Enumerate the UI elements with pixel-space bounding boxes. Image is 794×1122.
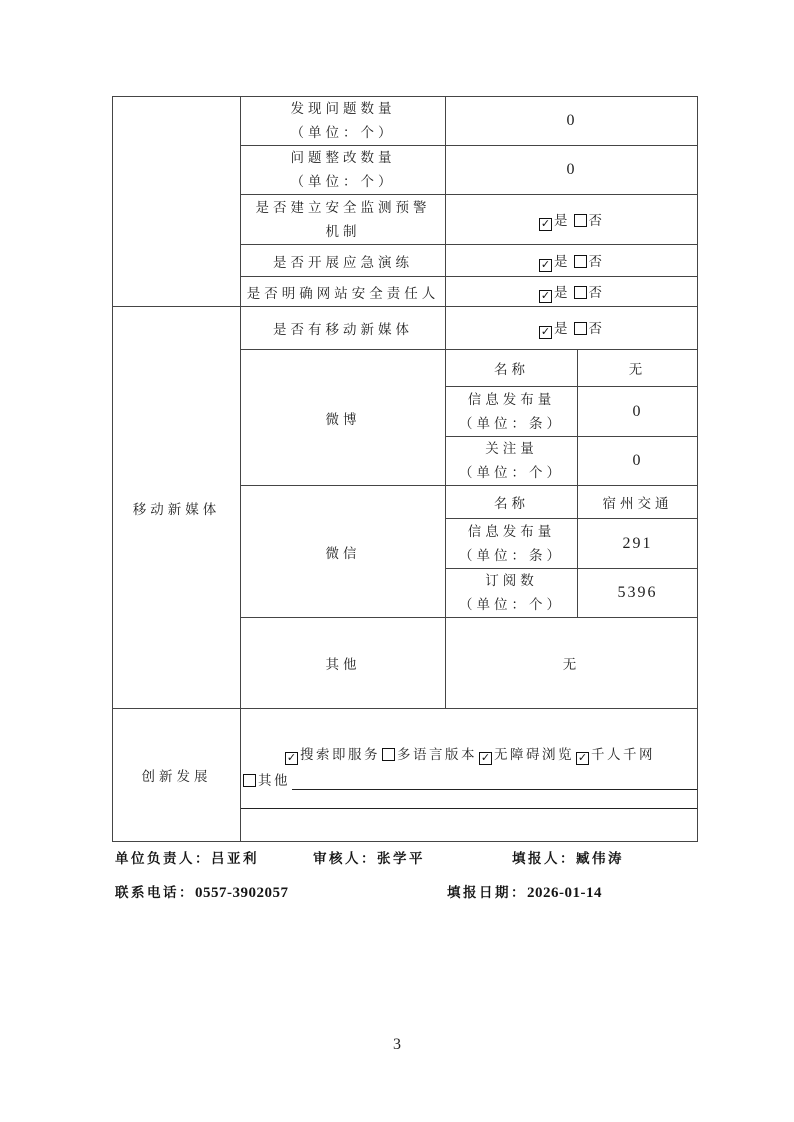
- row-label: 问题整改数量: [241, 146, 445, 170]
- value-number: 0: [633, 403, 643, 420]
- key-label: 名称: [494, 496, 529, 511]
- row-label-unit: （单位：个）: [241, 121, 445, 145]
- yes-no-cell: ✓是否: [446, 277, 698, 307]
- other-label: 其他: [326, 657, 361, 672]
- group-label-cell-weibo: 微博: [241, 350, 446, 486]
- footer-date-label: 填报日期：: [447, 885, 527, 900]
- value-cell: 5396: [578, 569, 698, 618]
- value-number: 5396: [618, 584, 658, 601]
- row-label: 是否有移动新媒体: [273, 322, 413, 337]
- footer-date: 填报日期：2026-01-14: [447, 881, 602, 902]
- section-label-cell-mobile-media: 移动新媒体: [113, 307, 241, 709]
- row-label-cell: 是否开展应急演练: [241, 245, 446, 277]
- weibo-label: 微博: [326, 412, 361, 427]
- no-label: 否: [589, 254, 607, 269]
- key-cell: 信息发布量 （单位：条）: [446, 519, 578, 569]
- table-row: 创新发展 ✓搜索即服务多语言版本✓无障碍浏览✓千人千网 其他: [113, 709, 698, 842]
- footer-date-value: 2026-01-14: [527, 885, 602, 901]
- row-label-cell: 是否有移动新媒体: [241, 307, 446, 350]
- footer-phone: 联系电话：0557-3902057: [115, 881, 289, 902]
- report-table: 发现问题数量 （单位：个） 0 问题整改数量 （单位：个） 0 是否建立安全监测…: [112, 96, 698, 842]
- key-label-unit: （单位：条）: [446, 412, 577, 436]
- footer-auditor-label: 审核人：: [313, 851, 377, 866]
- checkbox-yes-icon: ✓: [539, 290, 552, 303]
- innovation-other-line: 其他: [241, 768, 697, 794]
- option-label: 搜索即服务: [300, 747, 380, 762]
- row-label: 机制: [241, 220, 445, 244]
- checkbox-yes-icon: ✓: [539, 259, 552, 272]
- blank-underline: [292, 772, 697, 790]
- key-label: 信息发布量: [446, 520, 577, 544]
- checkbox-no-icon: [574, 322, 587, 335]
- value-cell: 291: [578, 519, 698, 569]
- value-number: 0: [633, 452, 643, 469]
- checkbox-no-icon: [574, 255, 587, 268]
- value-cell: 0: [446, 97, 698, 146]
- value-number: 291: [623, 535, 653, 552]
- value-cell: 无: [578, 350, 698, 387]
- checkbox-multilingual-icon: [382, 748, 395, 761]
- value-text: 宿州交通: [603, 496, 673, 511]
- value-cell: 0: [446, 146, 698, 195]
- row-label-cell: 是否建立安全监测预警 机制: [241, 195, 446, 245]
- key-label-unit: （单位：个）: [446, 461, 577, 485]
- option-label: 其他: [258, 768, 290, 794]
- value-cell: 0: [578, 437, 698, 486]
- section-label: 移动新媒体: [133, 502, 221, 517]
- key-cell: 订阅数 （单位：个）: [446, 569, 578, 618]
- row-label-cell: 其他: [241, 618, 446, 709]
- yes-no-cell: ✓是否: [446, 307, 698, 350]
- footer-responsible: 单位负责人：吕亚利: [115, 847, 259, 867]
- value-text: 无: [563, 657, 581, 672]
- row-label-unit: （单位：个）: [241, 170, 445, 194]
- table-row: 发现问题数量 （单位：个） 0: [113, 97, 698, 146]
- yes-label: 是: [554, 213, 572, 228]
- key-cell: 名称: [446, 486, 578, 519]
- footer-phone-label: 联系电话：: [115, 885, 195, 900]
- key-cell: 名称: [446, 350, 578, 387]
- footer-filler-value: 臧伟涛: [576, 851, 624, 866]
- innovation-cell: ✓搜索即服务多语言版本✓无障碍浏览✓千人千网 其他: [241, 709, 698, 842]
- row-label: 是否明确网站安全责任人: [247, 286, 440, 301]
- footer-auditor: 审核人：张学平: [313, 847, 425, 867]
- yes-label: 是: [554, 321, 572, 336]
- value-text: 无: [629, 362, 647, 377]
- page-number: 3: [0, 1036, 794, 1054]
- key-cell: 信息发布量 （单位：条）: [446, 387, 578, 437]
- footer-phone-value: 0557-3902057: [195, 885, 289, 901]
- yes-label: 是: [554, 254, 572, 269]
- footer-filler-label: 填报人：: [512, 851, 576, 866]
- table-row: 移动新媒体 是否有移动新媒体 ✓是否: [113, 307, 698, 350]
- yes-label: 是: [554, 285, 572, 300]
- option-label: 千人千网: [591, 747, 655, 762]
- checkbox-no-icon: [574, 214, 587, 227]
- no-label: 否: [589, 321, 607, 336]
- footer-filler: 填报人：臧伟涛: [512, 847, 624, 867]
- value-cell: 0: [578, 387, 698, 437]
- checkbox-personalized-icon: ✓: [576, 752, 589, 765]
- row-label-cell: 问题整改数量 （单位：个）: [241, 146, 446, 195]
- option-label: 无障碍浏览: [494, 747, 574, 762]
- row-label-cell: 发现问题数量 （单位：个）: [241, 97, 446, 146]
- checkbox-accessibility-icon: ✓: [479, 752, 492, 765]
- key-cell: 关注量 （单位：个）: [446, 437, 578, 486]
- yes-no-cell: ✓是否: [446, 245, 698, 277]
- key-label: 关注量: [446, 437, 577, 461]
- checkbox-search-service-icon: ✓: [285, 752, 298, 765]
- group-label-cell-weixin: 微信: [241, 486, 446, 618]
- row-label-cell: 是否明确网站安全责任人: [241, 277, 446, 307]
- key-label-unit: （单位：个）: [446, 593, 577, 617]
- blank-underline: [241, 794, 697, 809]
- option-label: 多语言版本: [397, 747, 477, 762]
- row-label: 发现问题数量: [241, 97, 445, 121]
- document-page: 发现问题数量 （单位：个） 0 问题整改数量 （单位：个） 0 是否建立安全监测…: [0, 0, 794, 1122]
- key-label: 信息发布量: [446, 388, 577, 412]
- key-label: 名称: [494, 362, 529, 377]
- checkbox-yes-icon: ✓: [539, 218, 552, 231]
- row-label: 是否建立安全监测预警: [241, 196, 445, 220]
- section-label-cell-innovation: 创新发展: [113, 709, 241, 842]
- footer-responsible-label: 单位负责人：: [115, 851, 211, 866]
- weixin-label: 微信: [326, 546, 361, 561]
- key-label-unit: （单位：条）: [446, 544, 577, 568]
- yes-no-cell: ✓是否: [446, 195, 698, 245]
- innovation-options: ✓搜索即服务多语言版本✓无障碍浏览✓千人千网: [241, 742, 697, 768]
- footer-responsible-value: 吕亚利: [211, 851, 259, 866]
- section-label-cell-empty: [113, 97, 241, 307]
- value-number: 0: [567, 161, 577, 178]
- no-label: 否: [589, 213, 607, 228]
- value-number: 0: [567, 112, 577, 129]
- footer-auditor-value: 张学平: [377, 851, 425, 866]
- checkbox-yes-icon: ✓: [539, 326, 552, 339]
- row-label: 是否开展应急演练: [273, 255, 413, 270]
- checkbox-no-icon: [574, 286, 587, 299]
- section-label: 创新发展: [142, 769, 212, 784]
- value-cell: 无: [446, 618, 698, 709]
- no-label: 否: [589, 285, 607, 300]
- value-cell: 宿州交通: [578, 486, 698, 519]
- checkbox-other-icon: [243, 774, 256, 787]
- key-label: 订阅数: [446, 569, 577, 593]
